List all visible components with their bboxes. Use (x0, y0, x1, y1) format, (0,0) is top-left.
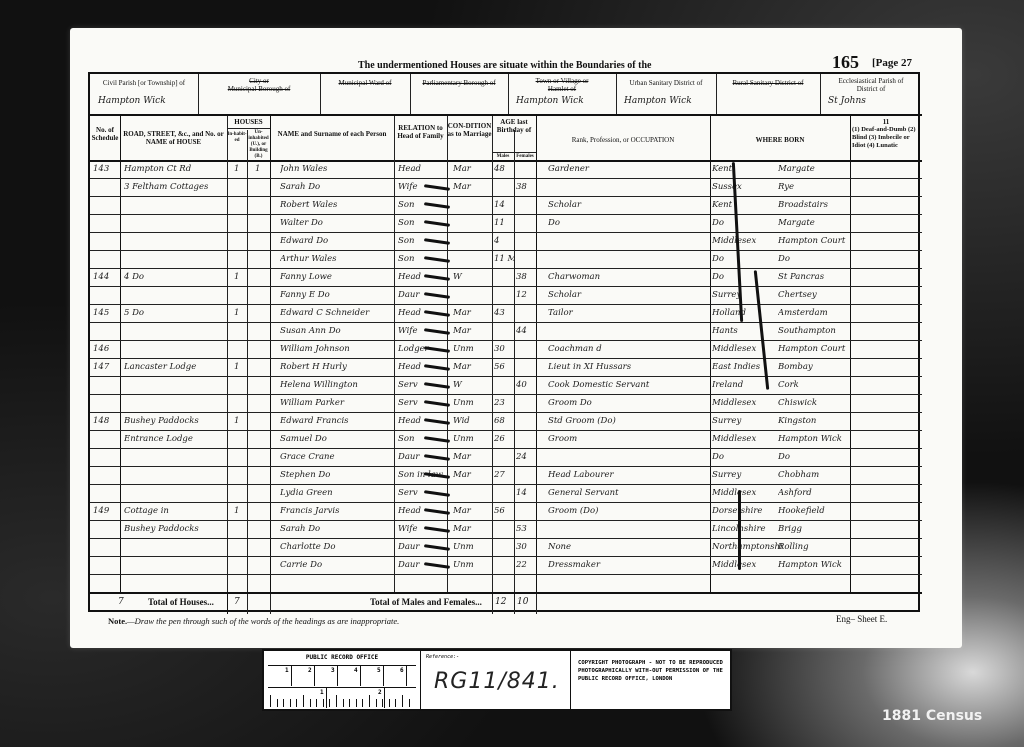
cell-male-age: 56 (494, 506, 514, 516)
row-divider (90, 412, 922, 413)
ruler-tick (290, 699, 291, 707)
divider (90, 114, 922, 116)
cell-born-county: Middlesex (712, 398, 782, 408)
row-divider (90, 502, 922, 503)
cell-born-county: Holland (712, 308, 782, 318)
cell-condition: Unm (453, 560, 495, 570)
cell-born-county: Do (712, 218, 782, 228)
cell-schedule: 147 (93, 362, 119, 372)
ruler-tick (343, 699, 344, 707)
sheet-label: Eng– Sheet E. (836, 614, 887, 624)
cell-born-place: Hampton Wick (778, 560, 852, 570)
cell-condition: Mar (453, 164, 495, 174)
cell-condition: Mar (453, 452, 495, 462)
column-header: Rank, Profession, or OCCUPATION (536, 136, 710, 144)
cell-born-place: Chiswick (778, 398, 852, 408)
ruler-tick (314, 666, 315, 686)
cell-name: Arthur Wales (280, 254, 398, 264)
cell-born-place: Amsterdam (778, 308, 852, 318)
cell-female-age: 53 (516, 524, 536, 534)
ruler-tick (336, 695, 337, 707)
cell-born-county: Do (712, 254, 782, 264)
cell-male-age: 43 (494, 308, 514, 318)
cell-occupation: Groom (548, 434, 718, 444)
row-divider (90, 214, 922, 215)
column-header: NAME and Surname of each Person (270, 130, 394, 138)
boundary-label: District of (820, 85, 922, 93)
cell-born-county: Lincolnshire (712, 524, 782, 534)
cell-female-age: 40 (516, 380, 536, 390)
total-males: 12 (495, 597, 506, 607)
cell-born-place: Do (778, 452, 852, 462)
ruler-tick (360, 666, 361, 686)
cell-male-age: 11 (494, 218, 514, 228)
cell-name: John Wales (280, 164, 398, 174)
cell-condition: Unm (453, 542, 495, 552)
cell-inhabited: 1 (234, 164, 248, 174)
column-header-uninhabited: Un-inhabited (U.), or Building (B.) (247, 130, 270, 160)
cell-occupation: Coachman d (548, 344, 718, 354)
cell-schedule: 149 (93, 506, 119, 516)
ruler-tick (310, 699, 311, 707)
cell-born-county: Dorsetshire (712, 506, 782, 516)
cell-born-county: Ireland (712, 380, 782, 390)
cell-occupation: Tailor (548, 308, 718, 318)
ruler-divider (268, 687, 416, 688)
cell-occupation: General Servant (548, 488, 718, 498)
ruler-tick (406, 666, 407, 686)
note-text: —Draw the pen through such of the words … (127, 616, 399, 626)
cell-female-age: 12 (516, 290, 536, 300)
divider (514, 594, 515, 614)
cell-occupation: Cook Domestic Servant (548, 380, 718, 390)
cell-schedule: 146 (93, 344, 119, 354)
cell-name: Stephen Do (280, 470, 398, 480)
row-divider (90, 484, 922, 485)
row-divider (90, 178, 922, 179)
ruler-tick (329, 699, 330, 707)
cell-occupation: Groom Do (548, 398, 718, 408)
cell-born-place: Margate (778, 164, 852, 174)
row-divider (90, 232, 922, 233)
boundary-label: Municipal Borough of (198, 85, 320, 93)
cell-road: Lancaster Lodge (124, 362, 228, 372)
note-prefix: Note. (108, 616, 127, 626)
boundary-label: Hamlet of (508, 85, 616, 93)
folio-number: 165 (832, 52, 859, 73)
cell-born-county: Middlesex (712, 488, 782, 498)
ruler-tick (409, 699, 410, 707)
row-divider (90, 322, 922, 323)
column-header-inhabited: In-habit-ed (227, 132, 247, 144)
cell-born-place: Cork (778, 380, 852, 390)
cell-born-county: Middlesex (712, 560, 782, 570)
cell-born-county: Surrey (712, 290, 782, 300)
cell-male-age: 14 (494, 200, 514, 210)
cell-condition: Mar (453, 362, 495, 372)
cell-name: Francis Jarvis (280, 506, 398, 516)
cell-born-place: Chertsey (778, 290, 852, 300)
row-divider (90, 556, 922, 557)
cell-occupation: Charwoman (548, 272, 718, 282)
cell-condition: Mar (453, 506, 495, 516)
page-label: [Page 27 (872, 57, 912, 69)
column-header-females: Females (514, 153, 536, 161)
ruler-tick (384, 688, 385, 708)
row-divider (90, 538, 922, 539)
cell-born-county: Middlesex (712, 236, 782, 246)
footnote: Note.—Draw the pen through such of the w… (108, 616, 399, 626)
boundary-value: Hampton Wick (516, 96, 584, 106)
cell-male-age: 68 (494, 416, 514, 426)
cell-road: 4 Do (124, 272, 228, 282)
cell-name: Walter Do (280, 218, 398, 228)
cell-born-place: Southampton (778, 326, 852, 336)
cell-occupation: Gardener (548, 164, 718, 174)
cell-inhabited: 1 (234, 362, 248, 372)
cell-born-place: Rolling (778, 542, 852, 552)
cell-name: Sarah Do (280, 182, 398, 192)
cell-born-county: Kent (712, 164, 782, 174)
ruler-tick (376, 699, 377, 707)
column-header: ROAD, STREET, &c., and No. or NAME of HO… (120, 130, 227, 146)
cell-born-county: Surrey (712, 470, 782, 480)
copyright-notice: COPYRIGHT PHOTOGRAPH - NOT TO BE REPRODU… (578, 659, 728, 683)
stamp-copyright-panel: COPYRIGHT PHOTOGRAPH - NOT TO BE REPRODU… (570, 651, 730, 709)
cell-born-place: Hampton Court (778, 236, 852, 246)
cell-born-county: Middlesex (712, 434, 782, 444)
cell-male-age: 27 (494, 470, 514, 480)
record-office-stamp: PUBLIC RECORD OFFICE 12345612 Reference:… (262, 649, 732, 711)
row-divider (90, 520, 922, 521)
total-schedules: 7 (118, 597, 124, 607)
census-table: Civil Parish [or Township] ofHampton Wic… (88, 72, 920, 612)
row-divider (90, 466, 922, 467)
row-divider (90, 448, 922, 449)
cell-born-county: Sussex (712, 182, 782, 192)
cell-road: Bushey Paddocks (124, 524, 228, 534)
cell-name: Robert H Hurly (280, 362, 398, 372)
cell-road: 5 Do (124, 308, 228, 318)
cell-occupation: None (548, 542, 718, 552)
cell-male-age: 56 (494, 362, 514, 372)
row-divider (90, 574, 922, 575)
cell-relation: Head (398, 164, 448, 174)
cell-born-place: Do (778, 254, 852, 264)
cell-name: Fanny Lowe (280, 272, 398, 282)
cell-name: Charlotte Do (280, 542, 398, 552)
divider (227, 594, 228, 614)
stamp-office-name: PUBLIC RECORD OFFICE (264, 654, 420, 661)
boundary-value: Hampton Wick (624, 96, 692, 106)
boundary-label-top: Ecclesiastical Parish of (820, 77, 922, 85)
row-divider (90, 376, 922, 377)
total-persons-label: Total of Males and Females... (370, 597, 482, 607)
cell-male-age: 26 (494, 434, 514, 444)
cell-male-age: 30 (494, 344, 514, 354)
cell-name: Edward Francis (280, 416, 398, 426)
ruler-tick (283, 699, 284, 707)
ruler-tick (270, 695, 271, 707)
ruler-tick (395, 699, 396, 707)
ruler-number: 5 (377, 667, 381, 674)
ruler-tick (362, 699, 363, 707)
cell-born-place: Hampton Wick (778, 434, 852, 444)
cell-road: Cottage in (124, 506, 228, 516)
cell-born-county: Do (712, 272, 782, 282)
cell-born-place: Margate (778, 218, 852, 228)
cell-born-county: Kent (712, 200, 782, 210)
cell-road: Bushey Paddocks (124, 416, 228, 426)
cell-inhabited: 1 (234, 308, 248, 318)
cell-occupation: Scholar (548, 290, 718, 300)
ruler-number: 1 (285, 667, 289, 674)
reference-label: Reference:- (426, 654, 459, 660)
cell-born-county: Do (712, 452, 782, 462)
cell-born-county: Surrey (712, 416, 782, 426)
boundary-label: Urban Sanitary District of (616, 79, 716, 87)
cell-condition: Unm (453, 398, 495, 408)
cell-name: Lydia Green (280, 488, 398, 498)
boundary-label-top: City or (198, 77, 320, 85)
cell-road: Hampton Ct Rd (124, 164, 228, 174)
ruler-tick (316, 699, 317, 707)
column-divider (247, 130, 248, 592)
cell-born-county: Hants (712, 326, 782, 336)
column-header-infirmity: (1) Deaf-and-Dumb (2) Blind (3) Imbecile… (852, 126, 920, 150)
ruler-tick (337, 666, 338, 686)
cell-name: William Parker (280, 398, 398, 408)
ruler-tick (291, 666, 292, 686)
cell-female-age: 38 (516, 182, 536, 192)
boundary-value: Hampton Wick (98, 96, 166, 106)
cell-condition: Mar (453, 308, 495, 318)
divider (270, 594, 271, 614)
cell-born-place: Ashford (778, 488, 852, 498)
cell-schedule: 144 (93, 272, 119, 282)
ruler-tick (369, 695, 370, 707)
cell-occupation: Dressmaker (548, 560, 718, 570)
column-header: WHERE BORN (710, 136, 850, 144)
boundary-label: Rural Sanitary District of (716, 79, 820, 87)
row-divider (90, 196, 922, 197)
cell-road: 3 Feltham Cottages (124, 182, 228, 192)
cell-male-age: 4 (494, 236, 514, 246)
column-header: RELATION to Head of Family (394, 124, 447, 140)
ruler-number: 3 (331, 667, 335, 674)
ruler-number: 2 (308, 667, 312, 674)
ruler-tick (383, 666, 384, 686)
cell-name: Grace Crane (280, 452, 398, 462)
ruler-number: 2 (378, 689, 382, 696)
row-divider (90, 430, 922, 431)
cell-born-county: Northamptonshire (712, 542, 782, 552)
cell-occupation: Lieut in XI Hussars (548, 362, 718, 372)
cell-inhabited: 1 (234, 506, 248, 516)
cell-occupation: Scholar (548, 200, 718, 210)
cell-male-age: 23 (494, 398, 514, 408)
cell-inhabited: 1 (234, 416, 248, 426)
cell-female-age: 24 (516, 452, 536, 462)
cell-name: Helena Willington (280, 380, 398, 390)
cell-born-place: Hampton Court (778, 344, 852, 354)
cell-condition: W (453, 272, 495, 282)
cell-born-place: Chobham (778, 470, 852, 480)
cell-inhabited: 1 (234, 272, 248, 282)
cell-condition: Mar (453, 182, 495, 192)
row-divider (90, 358, 922, 359)
boundary-label: Parliamentary Borough of (410, 79, 508, 87)
cell-born-place: Bombay (778, 362, 852, 372)
boundary-label: Civil Parish [or Township] of (90, 79, 198, 87)
ruler-number: 4 (354, 667, 358, 674)
ruler-tick (356, 699, 357, 707)
cell-condition: Mar (453, 326, 495, 336)
cell-road: Entrance Lodge (124, 434, 228, 444)
cell-occupation: Groom (Do) (548, 506, 718, 516)
column-header-houses: HOUSES (227, 118, 270, 126)
total-houses-label: Total of Houses... (148, 597, 214, 607)
total-females: 10 (517, 597, 528, 607)
divider (492, 594, 493, 614)
cell-condition: Wid (453, 416, 495, 426)
column-divider (514, 130, 515, 592)
divider (536, 594, 537, 614)
ruler-tick (389, 699, 390, 707)
cell-born-county: East Indies (712, 362, 782, 372)
cell-born-place: Rye (778, 182, 852, 192)
cell-female-age: 38 (516, 272, 536, 282)
row-divider (90, 304, 922, 305)
enumerator-tick-mark (738, 490, 741, 570)
reference-value: RG11/841. (434, 669, 560, 694)
divider (247, 594, 248, 614)
cell-born-place: Kingston (778, 416, 852, 426)
cell-occupation: Do (548, 218, 718, 228)
cell-uninhabited: 1 (255, 164, 269, 174)
cell-born-place: Brigg (778, 524, 852, 534)
boundary-label: Municipal Ward of (320, 79, 410, 87)
ruler-tick (323, 699, 324, 707)
divider (227, 128, 270, 129)
cell-name: Carrie Do (280, 560, 398, 570)
total-houses-inhabited: 7 (234, 597, 240, 607)
cell-condition: Mar (453, 524, 495, 534)
cell-name: Sarah Do (280, 524, 398, 534)
cell-name: Fanny E Do (280, 290, 398, 300)
row-divider (90, 286, 922, 287)
cell-name: William Johnson (280, 344, 398, 354)
page-heading: The undermentioned Houses are situate wi… (358, 60, 651, 71)
cell-condition: Mar (453, 470, 495, 480)
cell-born-place: St Pancras (778, 272, 852, 282)
boundary-value: St Johns (828, 96, 866, 106)
row-divider (90, 394, 922, 395)
ruler-tick (303, 695, 304, 707)
cell-schedule: 148 (93, 416, 119, 426)
column-header: CON-DITION as to Marriage (447, 122, 492, 138)
cell-condition: Unm (453, 344, 495, 354)
ruler-number: 6 (400, 667, 404, 674)
cell-name: Edward Do (280, 236, 398, 246)
cell-condition: W (453, 380, 495, 390)
cell-name: Edward C Schneider (280, 308, 398, 318)
cell-born-place: Hookefield (778, 506, 852, 516)
cell-born-place: Broadstairs (778, 200, 852, 210)
cell-occupation: Head Labourer (548, 470, 718, 480)
cell-female-age: 14 (516, 488, 536, 498)
ruler-number: 1 (320, 689, 324, 696)
stamp-ruler-panel: PUBLIC RECORD OFFICE 12345612 (264, 651, 421, 709)
stamp-reference-panel: Reference:- RG11/841. (420, 651, 571, 709)
cell-name: Samuel Do (280, 434, 398, 444)
column-header-infirmity-number: 11 (850, 118, 922, 126)
divider (90, 592, 922, 594)
row-divider (90, 268, 922, 269)
cell-condition: Unm (453, 434, 495, 444)
column-header-males: Males (492, 153, 514, 161)
cell-male-age: 11 Mo (494, 254, 514, 264)
ruler-tick (296, 699, 297, 707)
cell-schedule: 143 (93, 164, 119, 174)
cell-female-age: 22 (516, 560, 536, 570)
cell-occupation: Std Groom (Do) (548, 416, 718, 426)
cell-female-age: 44 (516, 326, 536, 336)
cell-name: Robert Wales (280, 200, 398, 210)
boundary-label-top: Town or Village or (508, 77, 616, 85)
census-watermark: 1881 Census (882, 708, 982, 724)
ruler-tick (349, 699, 350, 707)
cell-schedule: 145 (93, 308, 119, 318)
cell-born-county: Middlesex (712, 344, 782, 354)
cell-male-age: 48 (494, 164, 514, 174)
column-header: No. of Schedule (90, 126, 120, 142)
row-divider (90, 250, 922, 251)
column-header-age: AGE last Birthday of (492, 118, 536, 134)
ruler-tick (402, 695, 403, 707)
ruler-tick (277, 699, 278, 707)
cell-female-age: 30 (516, 542, 536, 552)
row-divider (90, 340, 922, 341)
ruler-tick (326, 688, 327, 708)
cell-name: Susan Ann Do (280, 326, 398, 336)
